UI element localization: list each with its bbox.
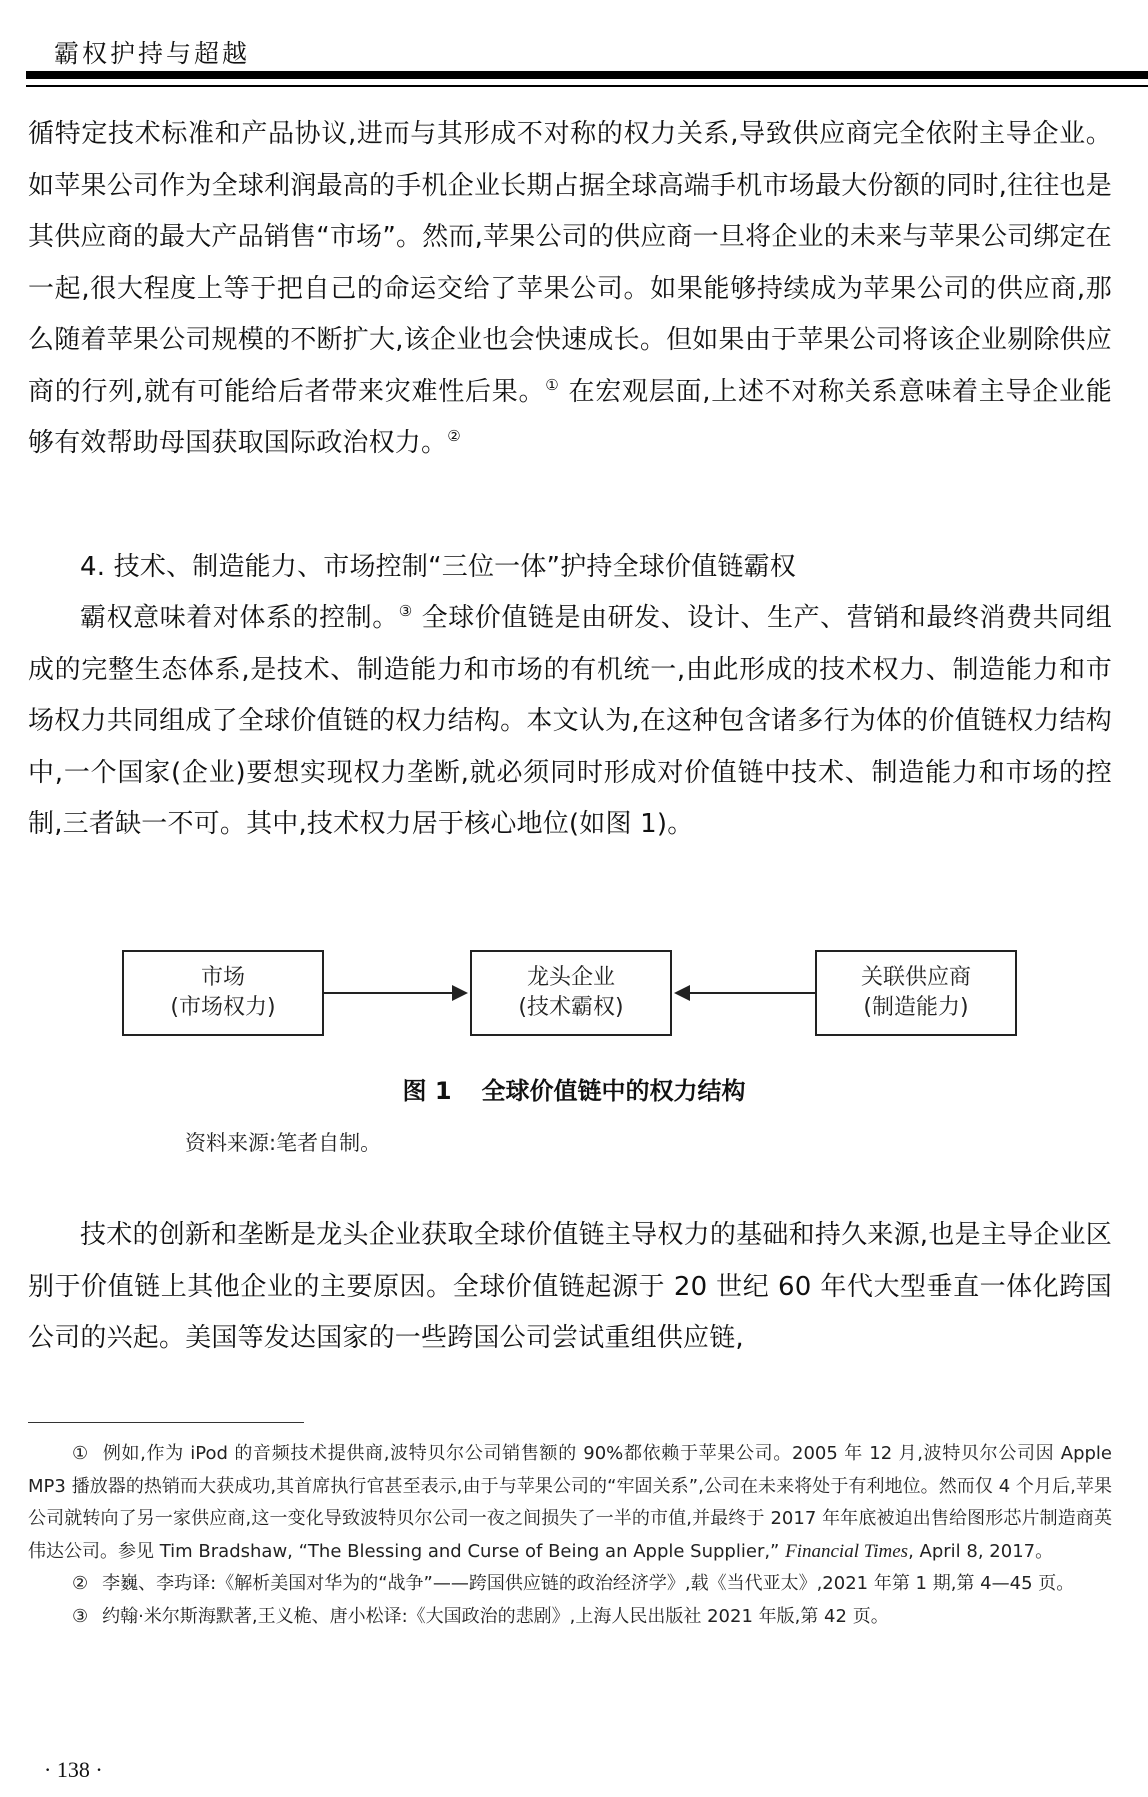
footnote-ref-2[interactable]: ② [447,427,461,445]
paragraph-2-text-a: 霸权意味着对体系的控制。 [80,603,399,633]
page-number: · 138 · [44,1757,103,1783]
footnote-1-mark: ① [72,1443,89,1464]
box-leader-title: 龙头企业 [527,963,615,993]
footnote-1: ①例如,作为 iPod 的音频技术提供商,波特贝尔公司销售额的 90%都依赖于苹… [28,1438,1112,1568]
paragraph-2: 霸权意味着对体系的控制。③ 全球价值链是由研发、设计、生产、营销和最终消费共同组… [28,593,1112,851]
figure-number: 图 1 [402,1077,451,1105]
paragraph-1-text-a: 循特定技术标准和产品协议,进而与其形成不对称的权力关系,导致供应商完全依附主导企… [28,119,1112,407]
diagram-box-leading-firm: 龙头企业 (技术霸权) [470,950,672,1036]
figure-source: 资料来源:笔者自制。 [185,1127,381,1157]
footnote-3-text: 约翰·米尔斯海默著,王义桅、唐小松译:《大国政治的悲剧》,上海人民出版社 202… [102,1606,889,1627]
box-market-title: 市场 [201,963,245,993]
footnote-separator [28,1422,304,1423]
box-leader-subtitle: (技术霸权) [518,993,623,1023]
footnote-3-mark: ③ [72,1606,88,1627]
diagram-box-market: 市场 (市场权力) [122,950,324,1036]
footnote-ref-1[interactable]: ① [545,376,559,394]
diagram-box-supplier: 关联供应商 (制造能力) [815,950,1017,1036]
footnote-2-text: 李巍、李玙译:《解析美国对华为的“战争”——跨国供应链的政治经济学》,载《当代亚… [102,1573,1074,1594]
paragraph-1: 循特定技术标准和产品协议,进而与其形成不对称的权力关系,导致供应商完全依附主导企… [28,109,1112,470]
footnote-1-text-b: , April 8, 2017。 [908,1541,1053,1562]
section-heading-text: 4. 技术、制造能力、市场控制“三位一体”护持全球价值链霸权 [28,542,1112,594]
running-title: 霸权护持与超越 [54,34,250,70]
arrow-right-icon [324,992,454,994]
figure-title: 全球价值链中的权力结构 [482,1077,746,1105]
box-supplier-subtitle: (制造能力) [863,993,968,1023]
box-supplier-title: 关联供应商 [861,963,971,993]
figure-1-diagram: 市场 (市场权力) 龙头企业 (技术霸权) 关联供应商 (制造能力) [0,950,1148,1070]
section-heading-4: 4. 技术、制造能力、市场控制“三位一体”护持全球价值链霸权 [28,542,1112,594]
header-rule-thick [26,71,1148,79]
paragraph-3: 技术的创新和垄断是龙头企业获取全球价值链主导权力的基础和持久来源,也是主导企业区… [28,1210,1112,1365]
paragraph-3-text: 技术的创新和垄断是龙头企业获取全球价值链主导权力的基础和持久来源,也是主导企业区… [28,1210,1112,1365]
paragraph-2-text-b: 全球价值链是由研发、设计、生产、营销和最终消费共同组成的完整生态体系,是技术、制… [28,603,1112,839]
figure-caption: 图 1全球价值链中的权力结构 [0,1071,1148,1106]
box-market-subtitle: (市场权力) [170,993,275,1023]
header-rule-thin [26,85,1148,87]
footnote-2: ②李巍、李玙译:《解析美国对华为的“战争”——跨国供应链的政治经济学》,载《当代… [28,1568,1112,1601]
footnote-2-mark: ② [72,1573,88,1594]
footnote-1-journal: Financial Times [785,1541,908,1562]
footnotes: ①例如,作为 iPod 的音频技术提供商,波特贝尔公司销售额的 90%都依赖于苹… [28,1438,1112,1633]
footnote-ref-3[interactable]: ③ [399,602,413,620]
footnote-3: ③约翰·米尔斯海默著,王义桅、唐小松译:《大国政治的悲剧》,上海人民出版社 20… [28,1601,1112,1634]
arrow-left-icon [688,992,815,994]
